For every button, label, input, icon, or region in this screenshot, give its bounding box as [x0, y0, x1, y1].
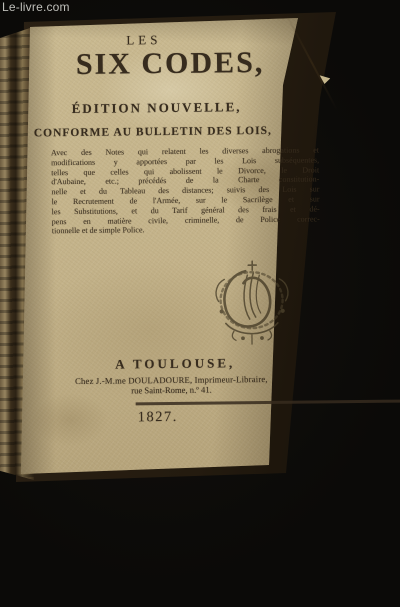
notice-line: tionnelle et de simple Police. — [52, 224, 320, 237]
edition-line: ÉDITION NOUVELLE, — [22, 99, 290, 118]
imprint-year: 1827. — [24, 408, 292, 428]
imprint-rule — [136, 400, 400, 405]
imprint-city: A TOULOUSE, — [41, 355, 309, 374]
watermark-le-livre: Le-livre.com — [2, 0, 70, 14]
notice-paragraph: Avec des Notes qui relatent les diverses… — [51, 145, 320, 236]
imprint-address: rue Saint-Rome, n.º 41. — [37, 384, 305, 397]
book-photo: LES SIX CODES, ÉDITION NOUVELLE, CONFORM… — [0, 0, 400, 607]
printer-monogram-ornament-icon — [118, 254, 387, 349]
book-title: SIX CODES, — [36, 46, 304, 83]
title-page-content: LES SIX CODES, ÉDITION NOUVELLE, CONFORM… — [34, 19, 307, 472]
conformity-line: CONFORME AU BULLETIN DES LOIS, — [19, 125, 287, 140]
